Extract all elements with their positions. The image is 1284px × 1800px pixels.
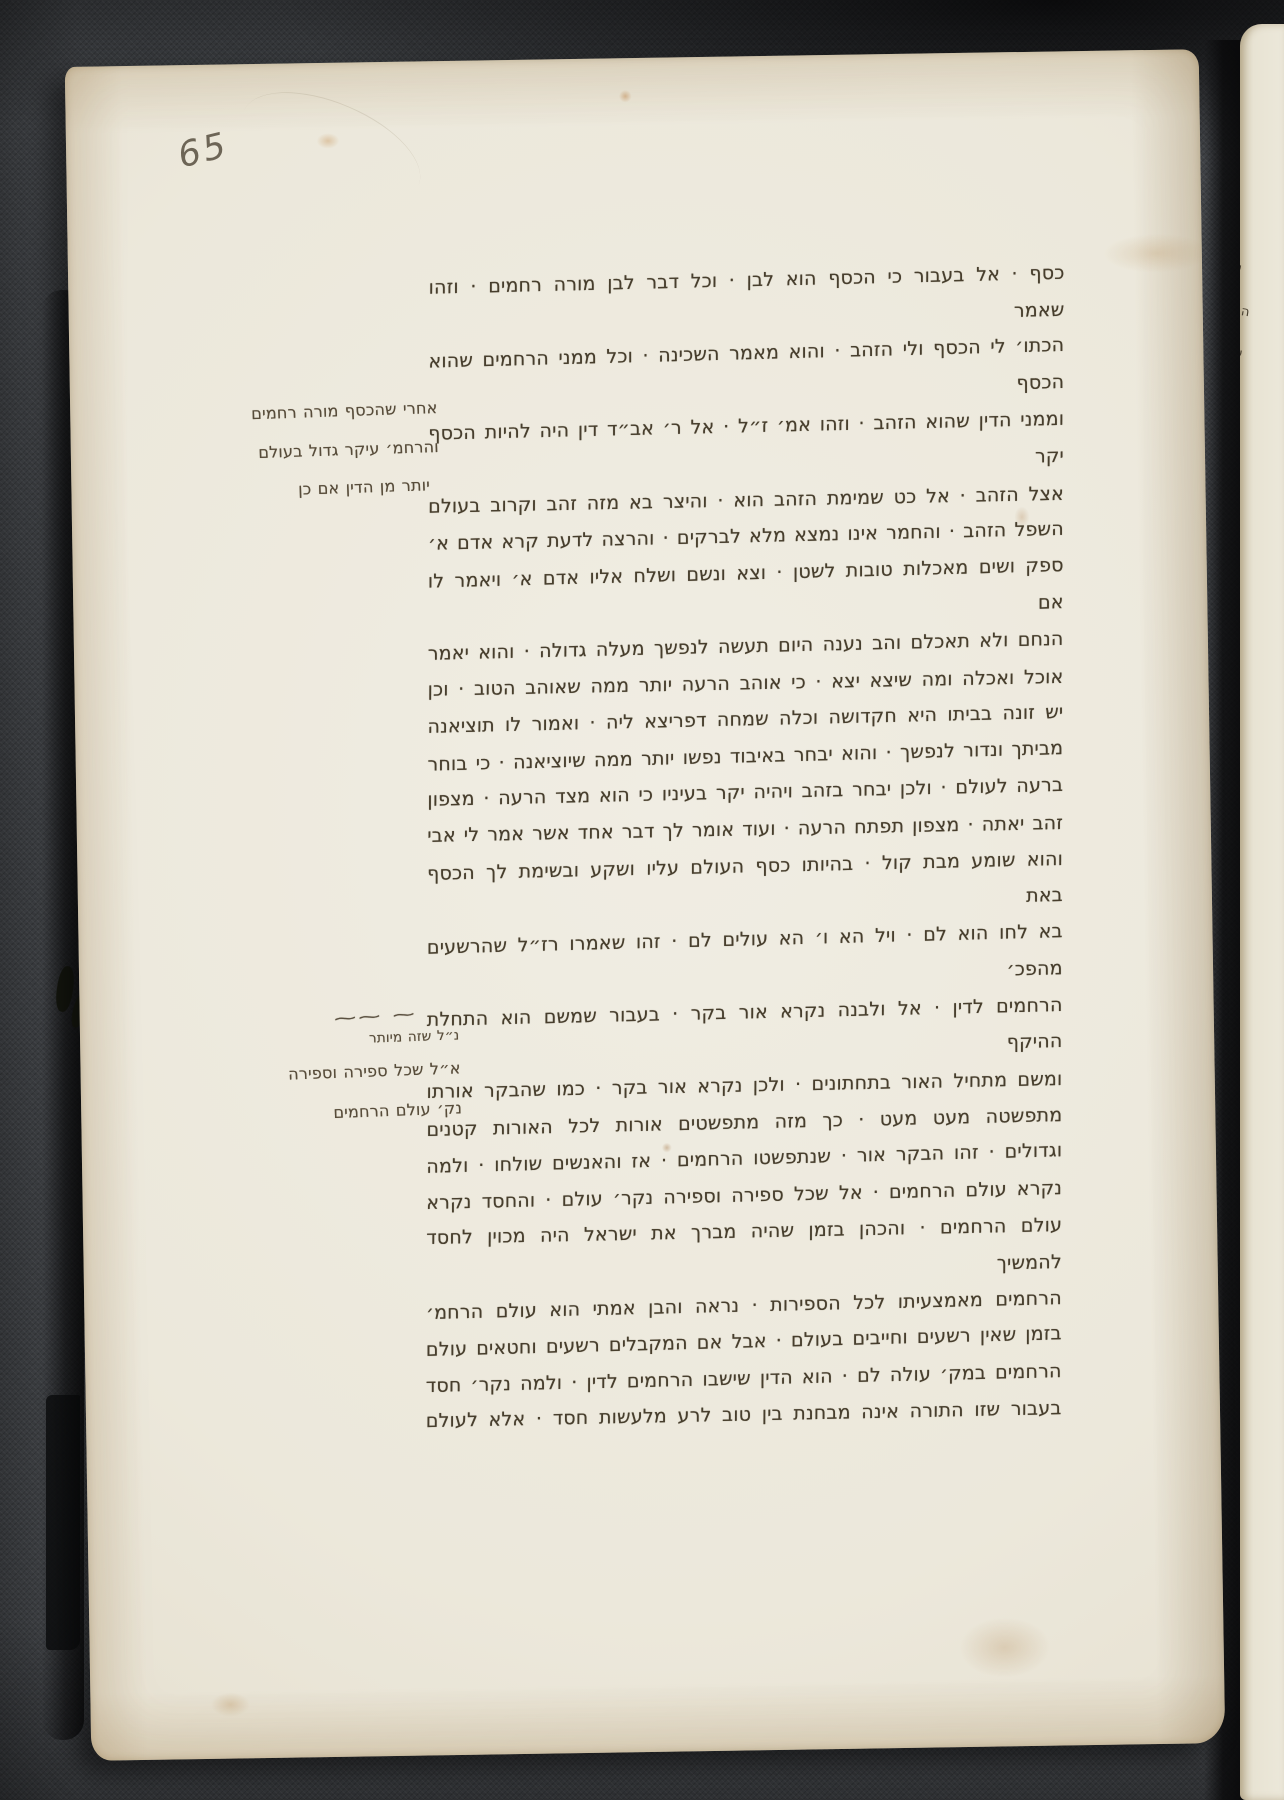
folio-number: 65	[174, 125, 233, 176]
next-leaf-edge: ות הקבל׳עשות מלמט׳ה · הרבים האו׳ענב עשוב…	[1240, 24, 1284, 1800]
manuscript-text-line: עולם הרחמים · והכהן בזמן שהיה מברך את יש…	[426, 1207, 1062, 1293]
next-leaf-text-column: ות הקבל׳עשות מלמט׳ה · הרבים האו׳ענב עשוב…	[1240, 205, 1284, 1136]
margin-note-upper: אחרי שהכסף מורה רחמיםוהרחמ׳ עיקר גדול בע…	[185, 389, 441, 513]
main-text-block: כסף · אל בעבור כי הכסף הוא לבן · וכל דבר…	[426, 255, 1065, 1441]
margin-note-lower: ~ ~~ נ״ל שזה מיותר א״ל שכל ספירה וספירהנ…	[212, 1006, 462, 1137]
margin-note-lower-lines: א״ל שכל ספירה וספירהנק׳ עולם הרחמים	[214, 1048, 463, 1137]
binding-edge-dark	[46, 1395, 80, 1650]
photo-backdrop: ות הקבל׳עשות מלמט׳ה · הרבים האו׳ענב עשוב…	[0, 0, 1284, 1800]
manuscript-page: 65 אחרי שהכסף מורה רחמיםוהרחמ׳ עיקר גדול…	[65, 49, 1225, 1761]
manuscript-text-line: וממני הדין שהוא הזהב · וזהו אמ׳ ז״ל · אל…	[428, 401, 1064, 489]
margin-note-line: יותר מן הדין אם כן	[188, 466, 441, 513]
corner-crease	[226, 69, 436, 227]
